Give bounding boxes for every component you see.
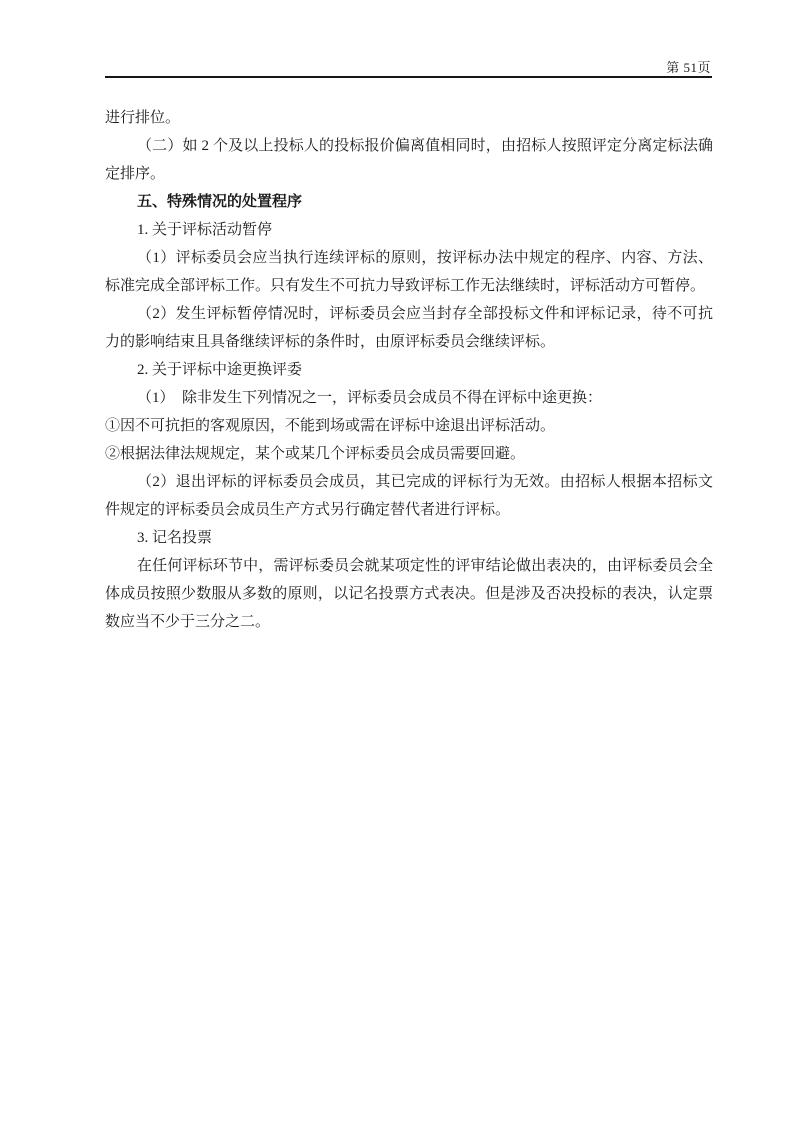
document-page: 第 51页 进行排位。 （二）如 2 个及以上投标人的投标报价偏离值相同时，由招… bbox=[0, 0, 793, 1122]
section-heading: 五、特殊情况的处置程序 bbox=[105, 188, 713, 216]
subsection-heading-1: 1. 关于评标活动暂停 bbox=[105, 216, 713, 244]
paragraph: （2）发生评标暂停情况时，评标委员会应当封存全部投标文件和评标记录，待不可抗力的… bbox=[105, 300, 713, 356]
paragraph: （1）评标委员会应当执行连续评标的原则，按评标办法中规定的程序、内容、方法、标准… bbox=[105, 244, 713, 300]
paragraph: （2）退出评标的评标委员会成员，其已完成的评标行为无效。由招标人根据本招标文件规… bbox=[105, 468, 713, 524]
paragraph-continuation: 进行排位。 bbox=[105, 104, 713, 132]
subsection-heading-3: 3. 记名投票 bbox=[105, 524, 713, 552]
page-header: 第 51页 bbox=[105, 0, 712, 78]
list-item-circled-1: ①因不可抗拒的客观原因，不能到场或需在评标中途退出评标活动。 bbox=[105, 412, 713, 440]
page-number-label: 第 51页 bbox=[663, 61, 712, 78]
paragraph-item-2: （二）如 2 个及以上投标人的投标报价偏离值相同时，由招标人按照评定分离定标法确… bbox=[105, 132, 713, 188]
paragraph: （1） 除非发生下列情况之一，评标委员会成员不得在评标中途更换： bbox=[105, 384, 713, 412]
subsection-heading-2: 2. 关于评标中途更换评委 bbox=[105, 356, 713, 384]
paragraph: 在任何评标环节中，需评标委员会就某项定性的评审结论做出表决的，由评标委员会全体成… bbox=[105, 552, 713, 636]
list-item-circled-2: ②根据法律法规规定，某个或某几个评标委员会成员需要回避。 bbox=[105, 440, 713, 468]
document-body: 进行排位。 （二）如 2 个及以上投标人的投标报价偏离值相同时，由招标人按照评定… bbox=[105, 104, 713, 636]
